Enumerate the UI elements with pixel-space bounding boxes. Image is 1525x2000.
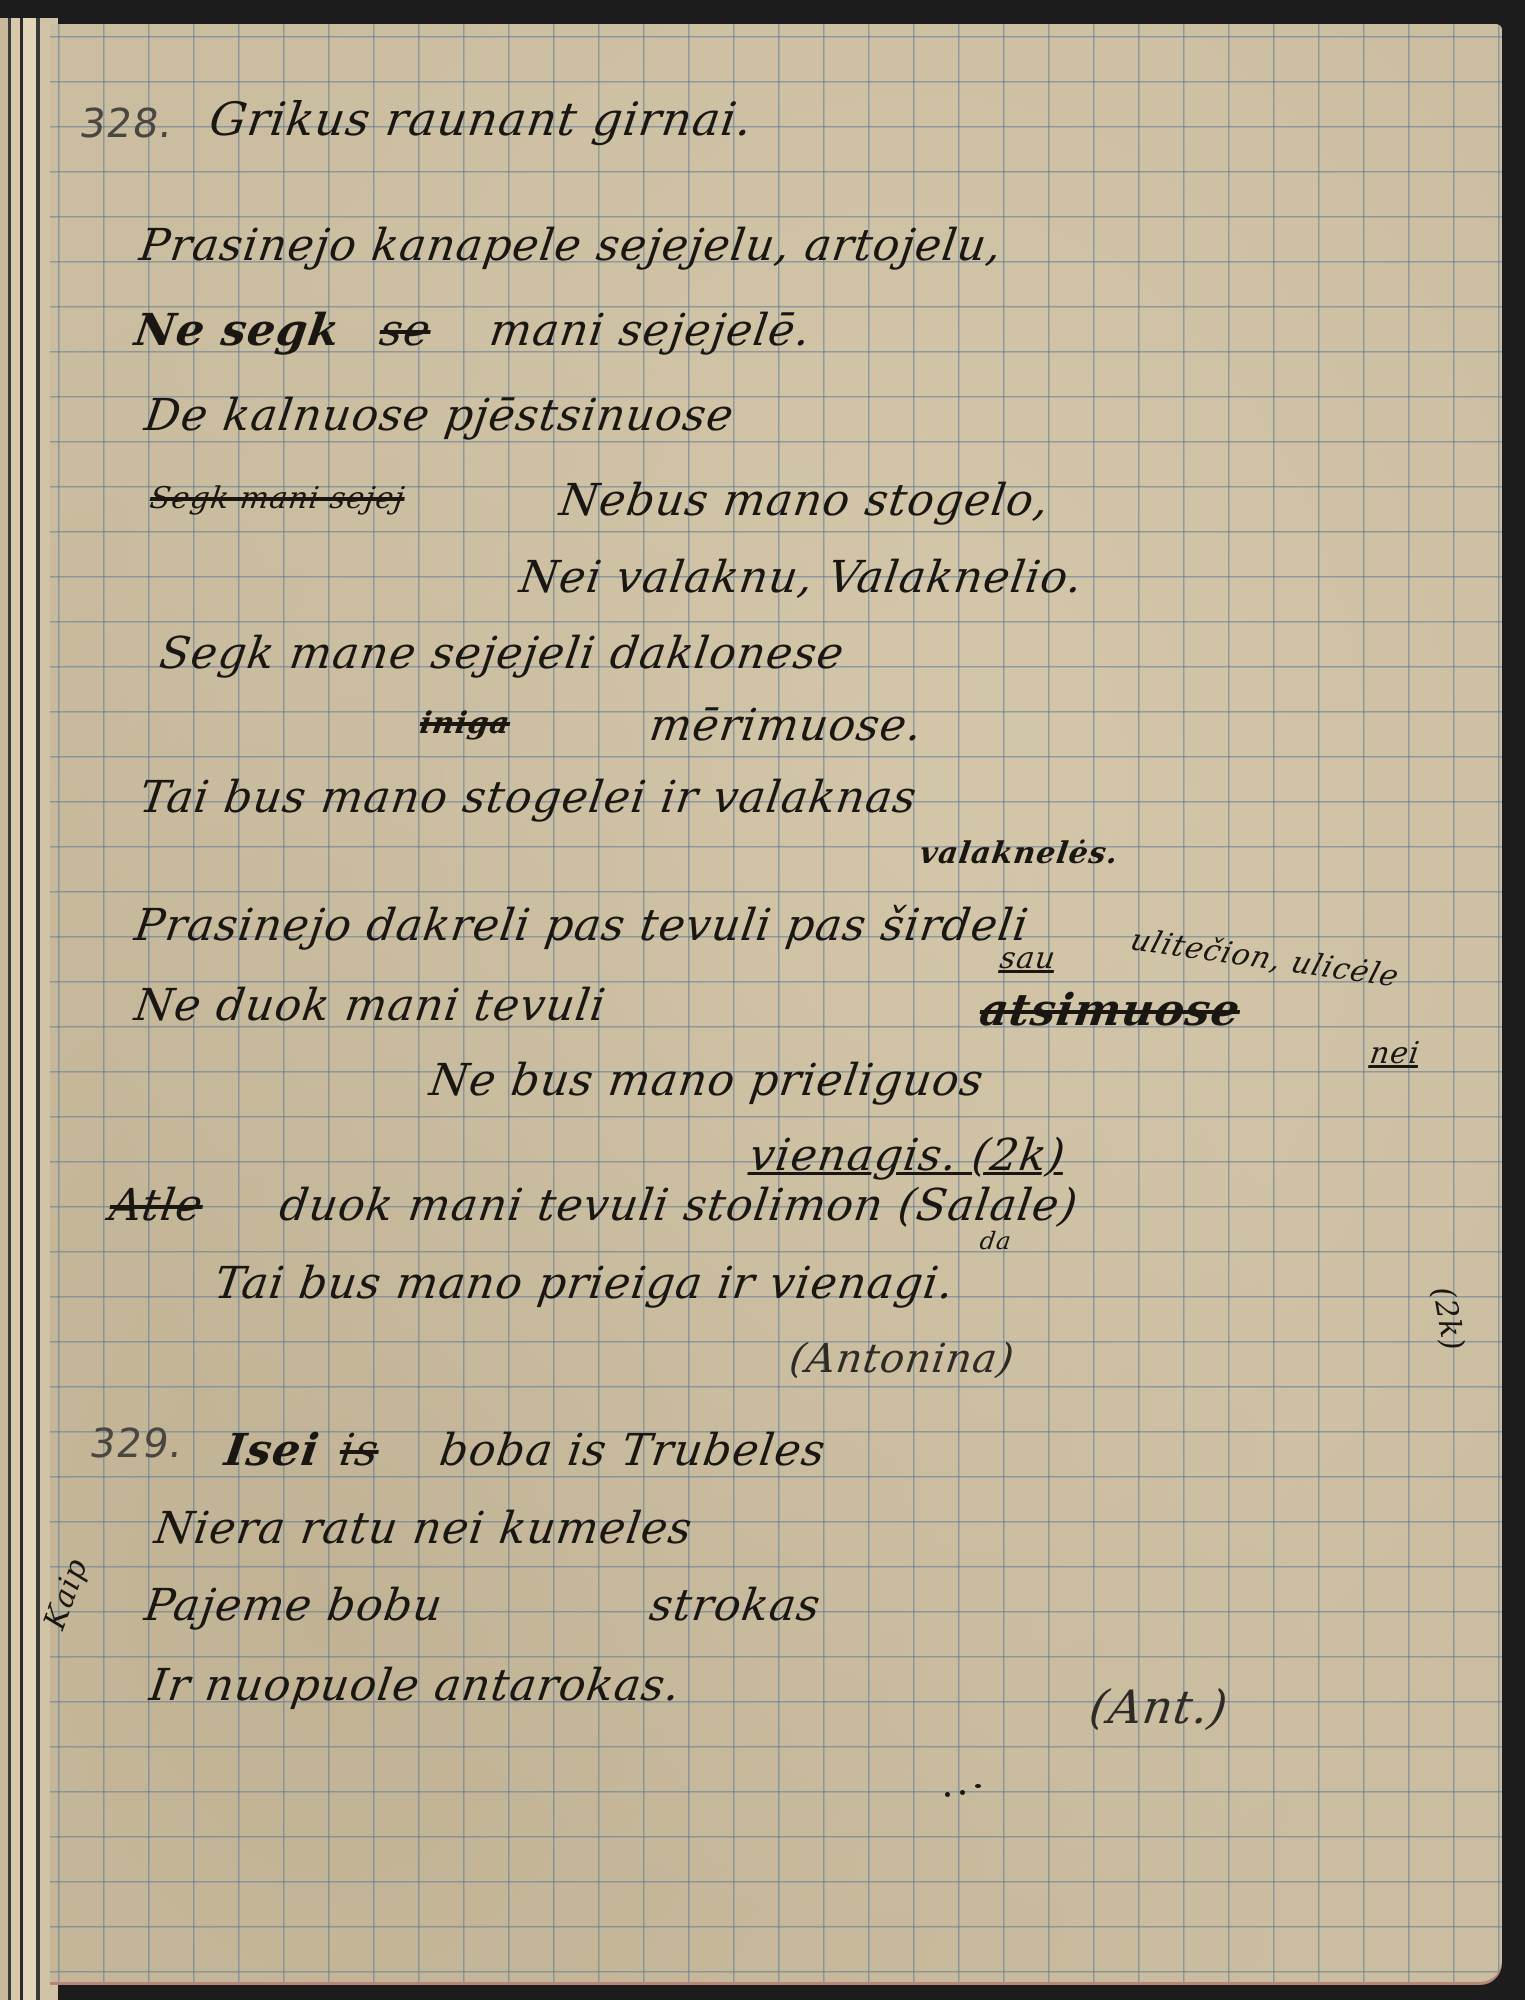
verse-line: Ne bus mano prieliguos [427, 1059, 987, 1103]
inserted-phrase: ulitečion, ulicėle [1127, 926, 1402, 993]
struck-word: atsimuose [977, 989, 1243, 1033]
verse-line: Isei [222, 1429, 322, 1473]
verse-line: duok mani tevuli stolimon (Salale) [277, 1184, 1081, 1228]
struck-phrase: Segk mani sejej [148, 484, 407, 514]
verse-line: Segk mane sejejeli daklonese [157, 632, 847, 676]
verse-line: Niera ratu nei kumeles [152, 1507, 695, 1551]
struck-word: is [337, 1429, 382, 1473]
entry-number: 329. [87, 1424, 186, 1464]
entry-number: 328. [77, 104, 176, 144]
verse-line: mērimuose. [647, 704, 925, 748]
inserted-syllable: da [978, 1229, 1013, 1253]
verse-line: Prasinejo kanapele sejejelu, artojelu, [137, 224, 1005, 268]
entry-title: Grikus raunant girnai. [207, 96, 756, 142]
inserted-word: sau [998, 944, 1058, 974]
notebook-page: 328. Grikus raunant girnai. Prasinejo ka… [50, 24, 1502, 1982]
struck-word: Atle [107, 1184, 206, 1228]
inserted-word: nei [1368, 1039, 1422, 1069]
verse-line-insert: valaknelės. [918, 839, 1120, 869]
verse-line: Ir nuopuole antarokas. [147, 1664, 683, 1708]
informant-name: (Antonina) [787, 1339, 1017, 1379]
verse-line: Pajeme bobu [142, 1584, 446, 1628]
struck-word: se [377, 309, 434, 353]
verse-line: De kalnuose pjēstsinuose [142, 394, 737, 438]
verse-line: Tai bus mano stogelei ir valaknas [137, 776, 920, 820]
verse-line: Ne duok mani tevuli [132, 984, 609, 1028]
verse-line: Ne segk [132, 309, 343, 353]
verse-line: boba is Trubeles [437, 1429, 828, 1473]
repeat-mark: (2k) [1427, 1285, 1468, 1354]
informant-name: (Ant.) [1087, 1684, 1231, 1730]
verse-line: strokas [647, 1584, 823, 1628]
verse-line: vienagis. (2k) [747, 1134, 1069, 1178]
verse-line: Prasinejo dakreli pas tevuli pas širdeli [132, 904, 1031, 948]
ink-dots [945, 1784, 985, 1804]
verse-line: Nebus mano stogelo, [557, 479, 1052, 523]
verse-line: Nei valaknu, Valaknelio. [517, 556, 1086, 600]
verse-line: Tai bus mano prieiga ir vienagi. [212, 1262, 957, 1306]
verse-line: mani sejejelē. [487, 309, 814, 353]
struck-word: iniga [418, 709, 512, 739]
